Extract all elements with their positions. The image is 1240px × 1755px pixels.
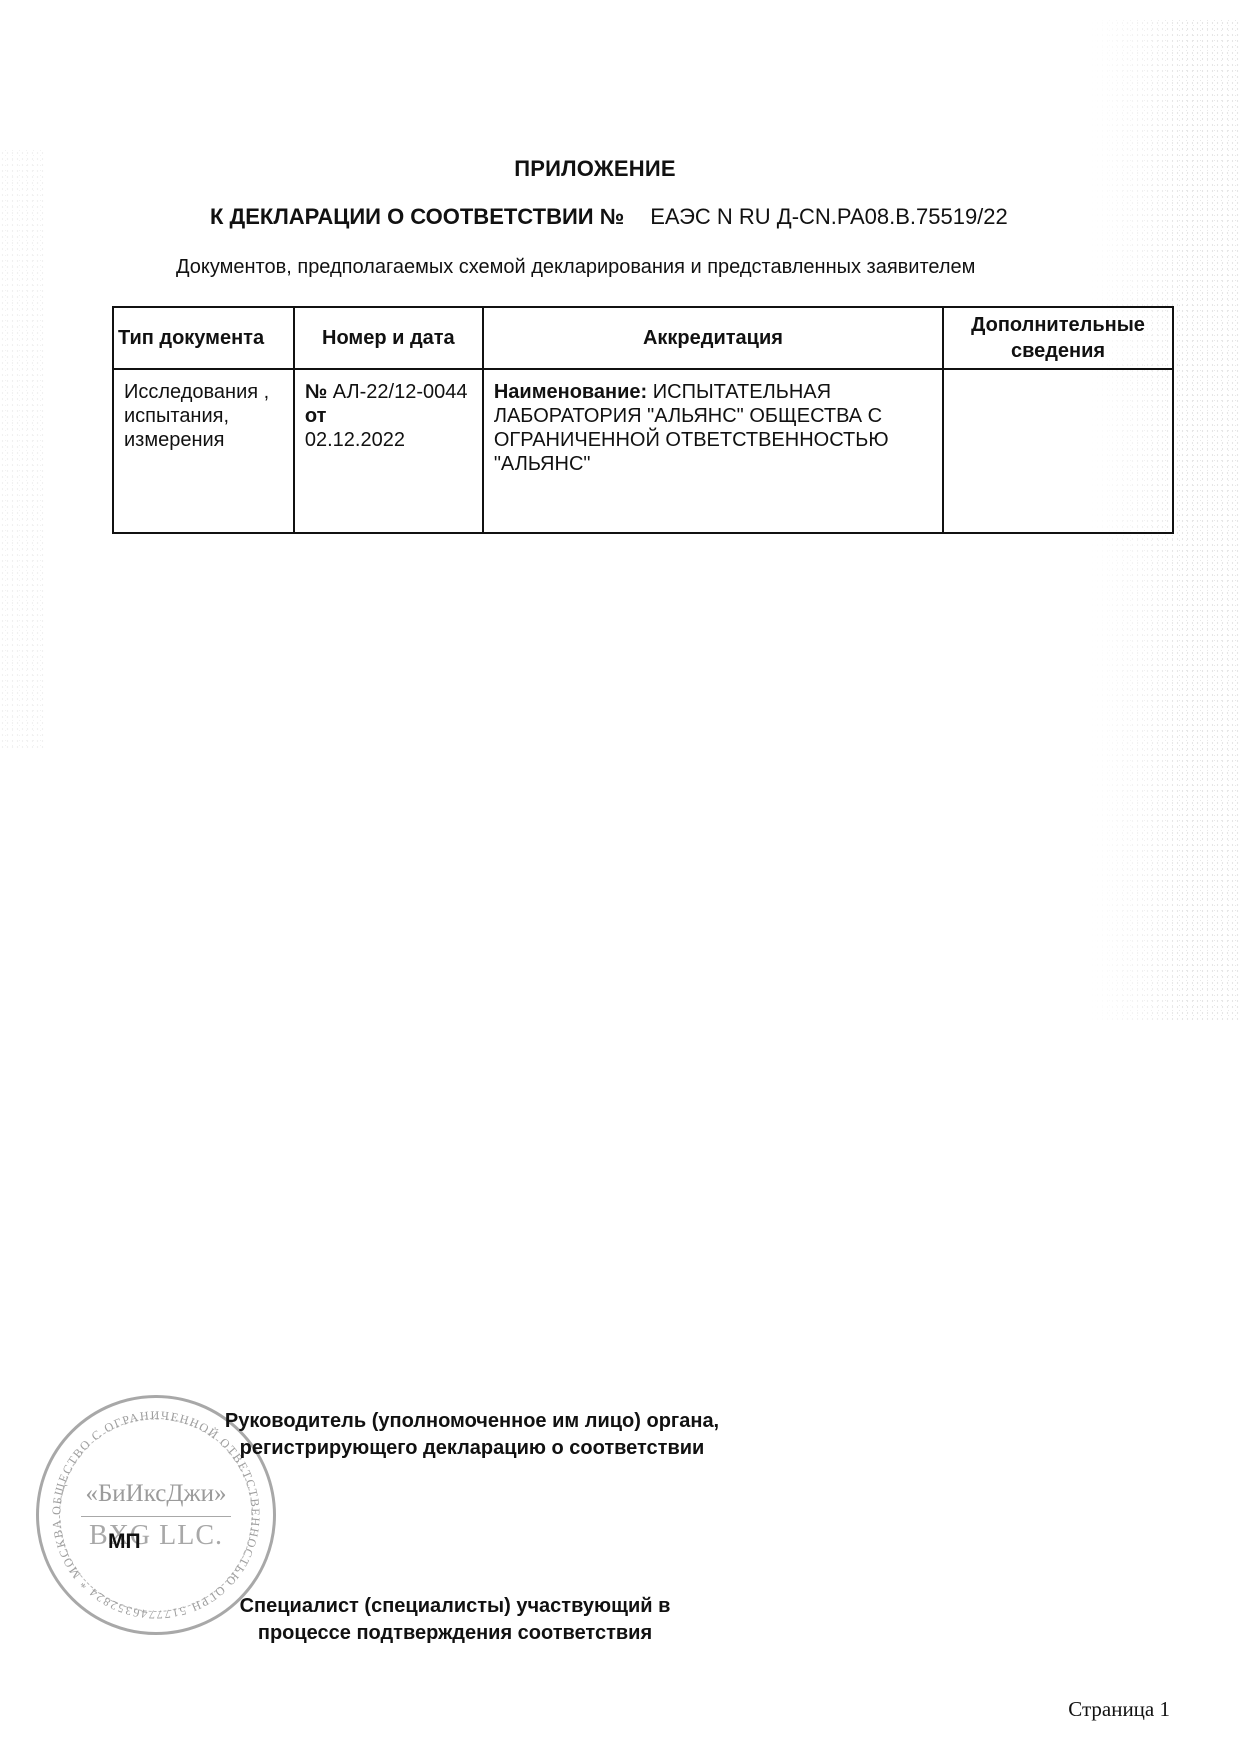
- declaration-number: ЕАЭС N RU Д-CN.PA08.B.75519/22: [650, 204, 1008, 229]
- accreditation-label: Наименование:: [494, 381, 647, 403]
- stamp-latin-name: BXG LLC.: [39, 1520, 273, 1552]
- stamp-company-name: «БиИксДжи»: [39, 1480, 273, 1508]
- stamp-divider: [81, 1516, 231, 1517]
- seal-place-label: МП: [108, 1530, 141, 1554]
- document-title: ПРИЛОЖЕНИЕ: [0, 156, 1190, 182]
- document-caption: Документов, предполагаемых схемой деклар…: [176, 256, 975, 279]
- cell-accreditation: Наименование: ИСПЫТАТЕЛЬНАЯ ЛАБОРАТОРИЯ …: [483, 369, 943, 533]
- document-number: АЛ-22/12-0044: [333, 381, 468, 403]
- document-subtitle: К ДЕКЛАРАЦИИ О СООТВЕТСТВИИ №ЕАЭС N RU Д…: [210, 204, 1008, 230]
- number-prefix: №: [305, 381, 327, 403]
- column-header-accreditation: Аккредитация: [483, 307, 943, 369]
- documents-table: Тип документа Номер и дата Аккредитация …: [112, 306, 1174, 534]
- subtitle-prefix: К ДЕКЛАРАЦИИ О СООТВЕТСТВИИ №: [210, 204, 624, 229]
- cell-additional-info: [943, 369, 1173, 533]
- cell-number-date: № АЛ-22/12-0044 от 02.12.2022: [294, 369, 483, 533]
- cell-doc-type: Исследования , испытания, измерения: [113, 369, 294, 533]
- date-prefix: от: [305, 405, 327, 427]
- table-row: Исследования , испытания, измерения № АЛ…: [113, 369, 1173, 533]
- signature-head-label: Руководитель (уполномоченное им лицо) ор…: [222, 1408, 722, 1462]
- page-number: Страница 1: [1068, 1697, 1170, 1722]
- document-date: 02.12.2022: [305, 429, 405, 451]
- column-header-doc-type: Тип документа: [113, 307, 294, 369]
- scan-noise: [0, 150, 45, 750]
- column-header-additional: Дополнительные сведения: [943, 307, 1173, 369]
- table-header-row: Тип документа Номер и дата Аккредитация …: [113, 307, 1173, 369]
- column-header-number-date: Номер и дата: [294, 307, 483, 369]
- signature-specialist-label: Специалист (специалисты) участвующий в п…: [200, 1593, 710, 1647]
